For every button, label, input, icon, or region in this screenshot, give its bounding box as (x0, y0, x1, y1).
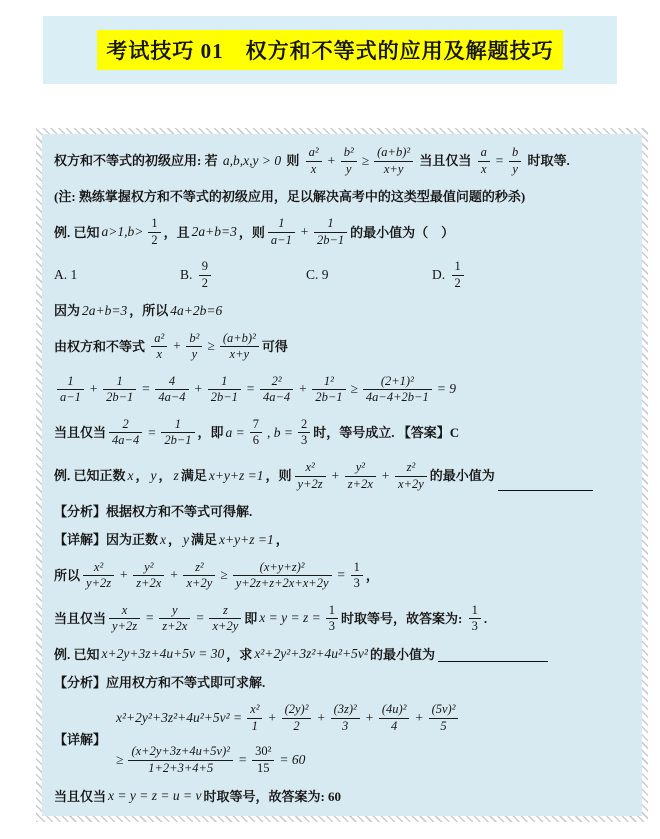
fraction-denominator: 2 (282, 719, 312, 735)
math-text: x (126, 467, 136, 486)
fraction-numerator: y² (345, 460, 376, 477)
fraction-numerator: b² (341, 145, 357, 162)
fraction-denominator: a−1 (268, 233, 295, 249)
chinese-text: 所以 (54, 566, 80, 586)
math-text: = (244, 380, 257, 399)
chinese-text: 的最小值为 (430, 466, 495, 486)
fraction-numerator: (2y)² (282, 702, 312, 719)
math-text: x = y = z = (257, 609, 322, 628)
fraction-denominator: y+2z (295, 477, 326, 493)
choices-row: A. 1B. 92C. 9D. 12 (54, 258, 630, 292)
math-text: , b = (265, 424, 295, 443)
choice-option: C. 9 (306, 265, 432, 285)
choice-option: D. 12 (432, 258, 467, 292)
fraction-numerator: (2+1)² (363, 374, 432, 391)
chinese-text: ，则 (266, 466, 292, 486)
fraction-denominator: 15 (252, 761, 274, 777)
math-text: = (236, 751, 249, 770)
fraction-denominator: x (478, 162, 490, 178)
fraction: by (509, 145, 521, 177)
chinese-text: 满足 (191, 530, 217, 550)
chinese-text: 例. 已知 (54, 223, 100, 243)
fraction: 13 (326, 603, 338, 635)
equality1-line: 当且仅当24a−4=12b−1，即a =76, b =23时，等号成立. 【答案… (54, 416, 630, 450)
fraction-numerator: 1 (469, 603, 481, 620)
chinese-text: 即 (244, 609, 257, 629)
fraction-denominator: 4a−4 (260, 390, 293, 406)
fraction: 92 (199, 259, 211, 291)
fraction-numerator: 1 (314, 216, 347, 233)
fraction: (x+y+z)²y+2z+z+2x+x+2y (233, 560, 332, 592)
fraction-denominator: z+2x (345, 477, 376, 493)
math-text: x+y+z =1 (217, 531, 276, 550)
fraction-numerator: b² (186, 331, 202, 348)
fraction-numerator: 7 (250, 417, 262, 434)
title-banner: 考试技巧 01 权方和不等式的应用及解题技巧 (43, 16, 617, 84)
fraction: 12b−1 (161, 417, 194, 449)
fraction: x²y+2z (83, 560, 114, 592)
fraction-numerator: z² (395, 460, 427, 477)
math-text: + (298, 223, 311, 242)
math-text: x (158, 531, 168, 550)
math-text: ≥ (205, 337, 216, 356)
choice-option: A. 1 (54, 265, 180, 285)
math-text: x = y = z = u = v (106, 787, 203, 806)
fraction-denominator: y+2z+z+2x+x+2y (233, 576, 332, 592)
choice-label: D. (432, 265, 449, 285)
fraction-numerator: 2 (109, 417, 142, 434)
chinese-text: 【详解】因为正数 (54, 530, 158, 550)
chinese-text: 因为 (54, 301, 80, 321)
fraction-numerator: 1 (103, 374, 136, 391)
chinese-text: ， (136, 466, 149, 486)
chinese-text: 权方和不等式的初级应用: 若 (54, 151, 221, 171)
fraction: 13 (469, 603, 481, 635)
fraction-denominator: x+2y (183, 576, 215, 592)
fraction-denominator: 2 (148, 233, 160, 249)
fraction: a²x (306, 145, 322, 177)
analysis2-line: 【分析】应用权方和不等式即可求解. (54, 673, 630, 693)
chinese-text: 例. 已知 (54, 645, 100, 665)
note-line: (注: 熟练掌握权方和不等式的初级应用，足以解决高考中的这类型最值问题的秒杀) (54, 187, 630, 207)
example2-line: 例. 已知正数x，y，z满足x+y+z =1，则x²y+2z+y²z+2x+z²… (54, 459, 630, 493)
fraction-denominator: 3 (331, 719, 360, 735)
math-text: x+y+z =1 (207, 467, 266, 486)
math-text: = (193, 609, 206, 628)
equation-row: ≥(x+2y+3z+4u+5v)²1+2+3+4+5=30²15= 60 (114, 743, 461, 777)
fraction-denominator: x (306, 162, 322, 178)
answer-blank (498, 476, 593, 491)
fraction: y²z+2x (345, 460, 376, 492)
chinese-text: ，则 (239, 223, 265, 243)
fraction-numerator: x (109, 603, 140, 620)
detail-label: 【详解】 (54, 730, 106, 750)
fraction: x²1 (247, 702, 262, 734)
fraction-denominator: 4a−4 (109, 433, 142, 449)
answer-blank (438, 647, 548, 662)
fraction-numerator: y² (133, 560, 164, 577)
fraction-numerator: x² (247, 702, 262, 719)
fraction-numerator: x² (295, 460, 326, 477)
equation-rows: x²+2y²+3z²+4u²+5v² =x²1+(2y)²2+(3z)²3+(4… (114, 701, 461, 778)
conclusion-line: 当且仅当x = y = z = u = v时取等号，故答案为: 60 (54, 787, 630, 807)
chinese-text: ， (366, 566, 379, 586)
chinese-text: 则 (283, 151, 303, 171)
math-text: = (143, 609, 156, 628)
fraction-denominator: 2b−1 (161, 433, 194, 449)
math-text: x+2y+3z+4u+5v = 30 (100, 645, 227, 664)
fraction-denominator: y+2z (109, 619, 140, 635)
fraction-numerator: 2 (298, 417, 310, 434)
fraction-numerator: a² (306, 145, 322, 162)
fraction-numerator: z² (183, 560, 215, 577)
fraction: 1²2b−1 (312, 374, 345, 406)
fraction: ax (478, 145, 490, 177)
fraction: yz+2x (159, 603, 190, 635)
fraction-numerator: 2² (260, 374, 293, 391)
fraction-numerator: (x+2y+3z+4u+5v)² (128, 744, 233, 761)
fraction: (5v)²5 (429, 702, 459, 734)
chinese-text: 当且仅当 (54, 423, 106, 443)
fraction-numerator: (a+b)² (220, 331, 259, 348)
math-text: a = (224, 424, 247, 443)
fraction-denominator: z+2x (133, 576, 164, 592)
fraction-denominator: y+2z (83, 576, 114, 592)
chinese-text: 当且仅当 (54, 787, 106, 807)
example1-line: 例. 已知a>1,b>12，且2a+b=3，则1a−1+12b−1的最小值为（ … (54, 215, 630, 249)
math-text: + (314, 709, 327, 728)
fraction: 12b−1 (314, 216, 347, 248)
chinese-text: 时取等号，故答案为: 60 (203, 787, 341, 807)
fraction-denominator: 3 (351, 576, 363, 592)
math-text: + (167, 566, 180, 585)
fraction: 24a−4 (109, 417, 142, 449)
fraction: 2²4a−4 (260, 374, 293, 406)
fraction-numerator: y (159, 603, 190, 620)
fraction: y²z+2x (133, 560, 164, 592)
chinese-text: 由权方和不等式 (54, 337, 148, 357)
detail2-block: 【详解】x²+2y²+3z²+4u²+5v² =x²1+(2y)²2+(3z)²… (54, 701, 630, 778)
choice-label: C. 9 (306, 265, 329, 285)
math-text: a>1,b> (100, 223, 146, 242)
fraction-numerator: 1 (161, 417, 194, 434)
fraction-numerator: z (209, 603, 241, 620)
math-text: + (117, 566, 130, 585)
chinese-text: 的最小值为 (370, 645, 435, 665)
fraction: 23 (298, 417, 310, 449)
choice-label: A. 1 (54, 265, 77, 285)
math-text: + (170, 337, 183, 356)
fraction: z²x+2y (395, 460, 427, 492)
analysis1-line: 【分析】根据权方和不等式可得解. (54, 502, 630, 522)
chinese-text: 当且仅当 (54, 609, 106, 629)
fraction-denominator: x+y (374, 162, 413, 178)
fraction: 76 (250, 417, 262, 449)
math-text: 2a+b=3 (80, 302, 129, 321)
fraction-denominator: x+y (220, 347, 259, 363)
fraction-denominator: z+2x (159, 619, 190, 635)
chinese-text: 时取等号，故答案为: (341, 609, 466, 629)
fraction-numerator: a (478, 145, 490, 162)
math-text: + (325, 152, 338, 171)
fraction-denominator: 2b−1 (314, 233, 347, 249)
choice-label: B. (180, 265, 196, 285)
math-text: + (412, 709, 425, 728)
fraction-numerator: b (509, 145, 521, 162)
fraction: (4u)²4 (379, 702, 410, 734)
math-text: 2a+b=3 (190, 223, 239, 242)
math-text: 4a+2b=6 (168, 302, 224, 321)
intro-line: 权方和不等式的初级应用: 若 a,b,x,y > 0 则 a²x+b²y≥(a+… (54, 144, 630, 178)
fraction-denominator: 2b−1 (208, 390, 241, 406)
fraction: 12 (452, 259, 464, 291)
fraction-numerator: 1² (312, 374, 345, 391)
math-text: ≥ (360, 152, 371, 171)
fraction-denominator: 4a−4+2b−1 (363, 390, 432, 406)
chain-line: 1a−1+12b−1=44a−4+12b−1=2²4a−4+1²2b−1≥(2+… (54, 373, 630, 407)
fraction: 12 (148, 216, 160, 248)
by-inequality-line: 由权方和不等式 a²x+b²y≥(a+b)²x+y可得 (54, 330, 630, 364)
fraction-denominator: a−1 (57, 390, 84, 406)
example3-line: 例. 已知x+2y+3z+4u+5v = 30，求x²+2y²+3z²+4u²+… (54, 645, 630, 665)
fraction-denominator: x+2y (209, 619, 241, 635)
math-text: ≥ (349, 380, 360, 399)
chinese-text: . (484, 609, 487, 629)
math-text: + (87, 380, 100, 399)
fraction: x²y+2z (295, 460, 326, 492)
equality2-line: 当且仅当xy+2z=yz+2x=zx+2y即x = y = z =13时取等号，… (54, 602, 630, 636)
math-text: a,b,x,y > 0 (221, 152, 283, 171)
equation-row: x²+2y²+3z²+4u²+5v² =x²1+(2y)²2+(3z)²3+(4… (114, 701, 461, 735)
chinese-text: 的最小值为（ ） (350, 223, 454, 243)
math-text: = (493, 152, 506, 171)
fraction-denominator: 2b−1 (103, 390, 136, 406)
math-text: = (139, 380, 152, 399)
fraction-denominator: 3 (326, 619, 338, 635)
fraction-denominator: 4a−4 (155, 390, 188, 406)
fraction: 30²15 (252, 744, 274, 776)
fraction: b²y (341, 145, 357, 177)
math-text: + (296, 380, 309, 399)
fraction-denominator: 2b−1 (312, 390, 345, 406)
fraction-denominator: 3 (469, 619, 481, 635)
chinese-text: ，即 (198, 423, 224, 443)
math-text: + (379, 467, 392, 486)
chinese-text: ，所以 (129, 301, 168, 321)
fraction-numerator: 1 (326, 603, 338, 620)
fraction-denominator: 1+2+3+4+5 (128, 761, 233, 777)
fraction-numerator: 1 (452, 259, 464, 276)
fraction-numerator: (5v)² (429, 702, 459, 719)
fraction: (3z)²3 (331, 702, 360, 734)
therefore-line: 所以x²y+2z+y²z+2x+z²x+2y≥(x+y+z)²y+2z+z+2x… (54, 559, 630, 593)
math-text: = (335, 566, 348, 585)
fraction-denominator: 5 (429, 719, 459, 735)
fraction: 1a−1 (57, 374, 84, 406)
fraction: (2y)²2 (282, 702, 312, 734)
fraction-numerator: 30² (252, 744, 274, 761)
chinese-text: 例. 已知正数 (54, 466, 126, 486)
chinese-text: 时取等. (524, 151, 570, 171)
fraction-denominator: y (509, 162, 521, 178)
fraction-numerator: 1 (268, 216, 295, 233)
fraction: 1a−1 (268, 216, 295, 248)
fraction-numerator: (x+y+z)² (233, 560, 332, 577)
fraction: z²x+2y (183, 560, 215, 592)
fraction-numerator: 1 (148, 216, 160, 233)
math-text: + (265, 709, 278, 728)
choice-option: B. 92 (180, 258, 306, 292)
fraction-numerator: 1 (208, 374, 241, 391)
fraction-numerator: 1 (57, 374, 84, 391)
fraction-numerator: (a+b)² (374, 145, 413, 162)
chinese-text: 可得 (262, 337, 288, 357)
fraction: (a+b)²x+y (220, 331, 259, 363)
fraction-denominator: 4 (379, 719, 410, 735)
chinese-text: 【分析】应用权方和不等式即可求解. (54, 673, 265, 693)
math-text: z (172, 467, 181, 486)
chinese-text: ， (168, 530, 181, 550)
fraction: xy+2z (109, 603, 140, 635)
fraction: (2+1)²4a−4+2b−1 (363, 374, 432, 406)
chinese-text: ，求 (226, 645, 252, 665)
math-text: + (329, 467, 342, 486)
math-text: = 9 (435, 380, 458, 399)
fraction-denominator: 2 (452, 276, 464, 292)
math-text: ≥ (114, 751, 125, 770)
fraction-numerator: (4u)² (379, 702, 410, 719)
chinese-text: ，且 (164, 223, 190, 243)
fraction-denominator: 2 (199, 276, 211, 292)
fraction-numerator: (3z)² (331, 702, 360, 719)
chinese-text: 【分析】根据权方和不等式可得解. (54, 502, 252, 522)
math-text: ≥ (218, 566, 229, 585)
fraction-denominator: 3 (298, 433, 310, 449)
fraction-numerator: 4 (155, 374, 188, 391)
fraction: a²x (151, 331, 167, 363)
fraction: 13 (351, 560, 363, 592)
math-text: = 60 (277, 751, 307, 770)
fraction-denominator: y (341, 162, 357, 178)
fraction: 12b−1 (103, 374, 136, 406)
fraction-denominator: x (151, 347, 167, 363)
fraction-denominator: 6 (250, 433, 262, 449)
page-title: 考试技巧 01 权方和不等式的应用及解题技巧 (97, 30, 562, 70)
chinese-text: 满足 (181, 466, 207, 486)
math-text: + (363, 709, 376, 728)
math-text: y (149, 467, 159, 486)
fraction-numerator: 1 (351, 560, 363, 577)
fraction: (x+2y+3z+4u+5v)²1+2+3+4+5 (128, 744, 233, 776)
chinese-text: (注: 熟练掌握权方和不等式的初级应用，足以解决高考中的这类型最值问题的秒杀) (54, 187, 525, 207)
fraction-numerator: a² (151, 331, 167, 348)
fraction-denominator: 1 (247, 719, 262, 735)
math-text: y (181, 531, 191, 550)
chinese-text: 时，等号成立. 【答案】C (313, 423, 459, 443)
math-text: x²+2y²+3z²+4u²+5v² (252, 645, 370, 664)
fraction-numerator: 9 (199, 259, 211, 276)
fraction: 12b−1 (208, 374, 241, 406)
content-box: 权方和不等式的初级应用: 若 a,b,x,y > 0 则 a²x+b²y≥(a+… (36, 128, 648, 822)
detail1-line: 【详解】因为正数x，y满足x+y+z =1， (54, 530, 630, 550)
fraction: 44a−4 (155, 374, 188, 406)
chinese-text: 当且仅当 (416, 151, 475, 171)
fraction: zx+2y (209, 603, 241, 635)
chinese-text: ， (276, 530, 289, 550)
math-text: + (192, 380, 205, 399)
because-line: 因为2a+b=3，所以4a+2b=6 (54, 301, 630, 321)
fraction: b²y (186, 331, 202, 363)
fraction-denominator: y (186, 347, 202, 363)
math-text: x²+2y²+3z²+4u²+5v² = (114, 709, 244, 728)
chinese-text: ， (159, 466, 172, 486)
fraction-numerator: x² (83, 560, 114, 577)
fraction: (a+b)²x+y (374, 145, 413, 177)
math-text: = (145, 424, 158, 443)
fraction-denominator: x+2y (395, 477, 427, 493)
